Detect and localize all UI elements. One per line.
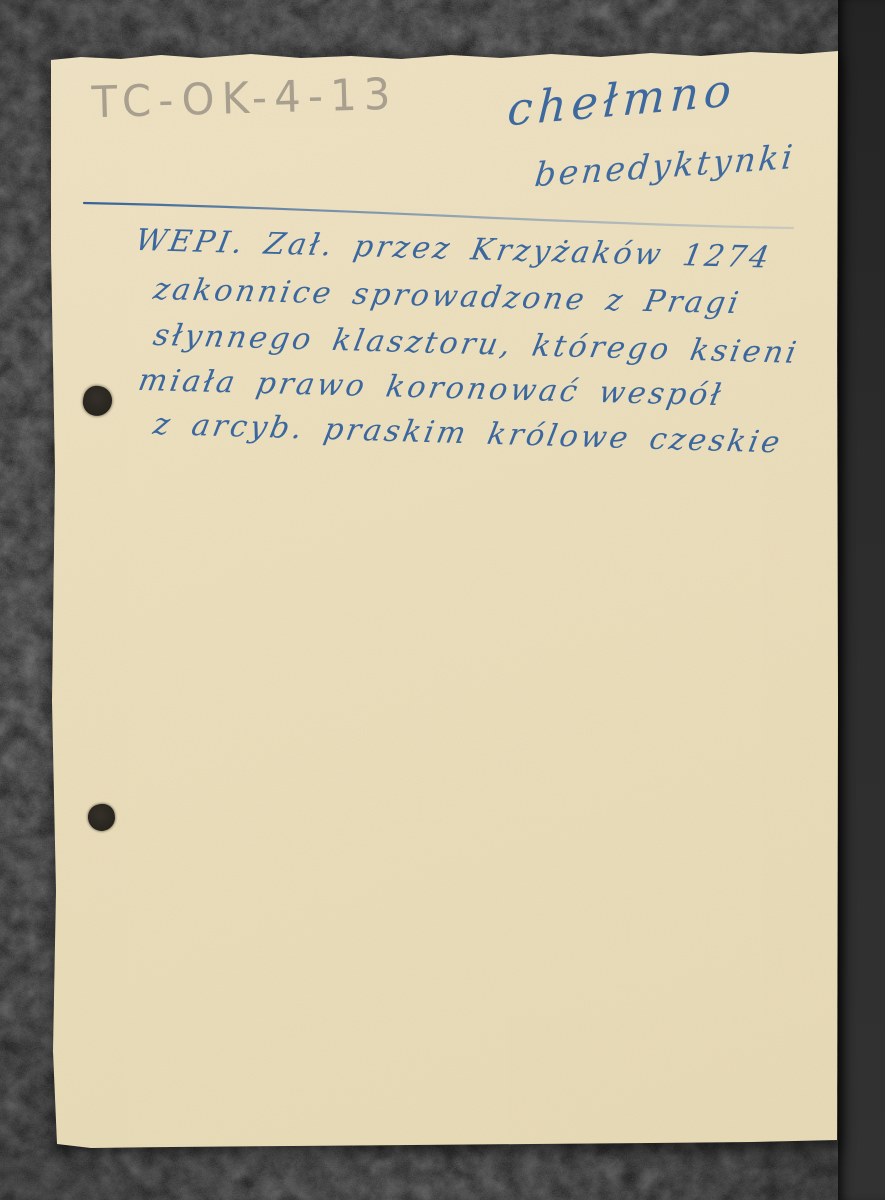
catalog-code: TC-OK-4-13 <box>91 68 398 127</box>
ink-divider-line <box>51 51 838 1148</box>
index-card: TC-OK-4-13 chełmno benedyktynki WEPI. Za… <box>51 51 838 1148</box>
album-spine-edge <box>838 0 885 1200</box>
photographed-archive-page: TC-OK-4-13 chełmno benedyktynki WEPI. Za… <box>0 0 885 1200</box>
